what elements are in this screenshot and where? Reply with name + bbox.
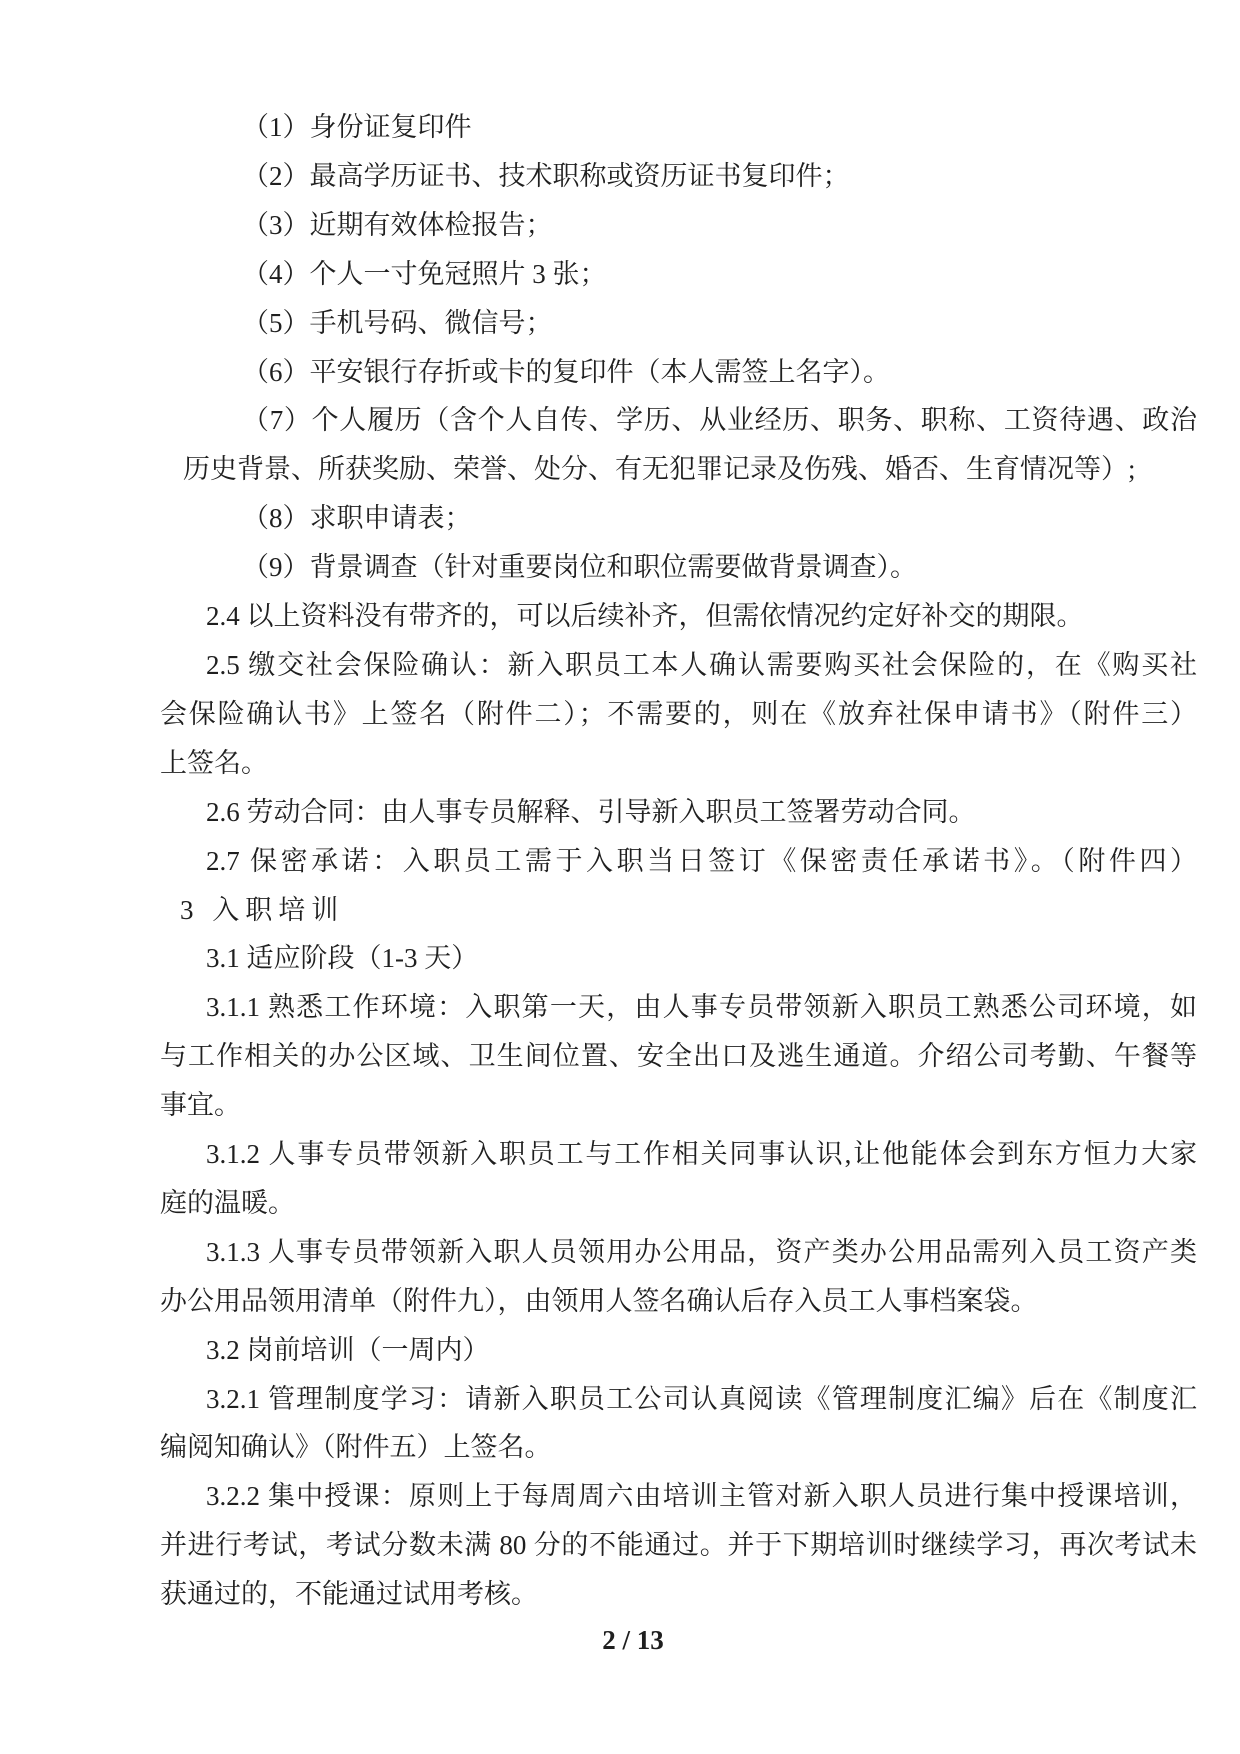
doc-line: （6）平安银行存折或卡的复印件（本人需签上名字）。 [160,348,1197,397]
doc-line: （4）个人一寸免冠照片 3 张； [160,250,1197,299]
doc-line: 获通过的，不能通过试用考核。 [160,1570,1197,1619]
doc-line: 庭的温暖。 [160,1179,1197,1228]
document-body: （1）身份证复印件 （2）最高学历证书、技术职称或资历证书复印件； （3）近期有… [160,103,1197,1619]
doc-line: 历史背景、所获奖励、荣誉、处分、有无犯罪记录及伤残、婚否、生育情况等）; [160,445,1197,494]
doc-line: 2.7 保密承诺：入职员工需于入职当日签订《保密责任承诺书》。（附件四） [160,837,1197,886]
doc-line: （9）背景调查（针对重要岗位和职位需要做背景调查）。 [160,543,1197,592]
doc-line: 会保险确认书》上签名（附件二）；不需要的，则在《放弃社保申请书》（附件三） [160,690,1197,739]
doc-line: 并进行考试，考试分数未满 80 分的不能通过。并于下期培训时继续学习，再次考试未 [160,1521,1197,1570]
doc-line: （3）近期有效体检报告； [160,201,1197,250]
doc-line: 事宜。 [160,1081,1197,1130]
doc-line: （1）身份证复印件 [160,103,1197,152]
doc-line: 3.2.2 集中授课：原则上于每周周六由培训主管对新入职人员进行集中授课培训， [160,1472,1197,1521]
doc-line: 与工作相关的办公区域、卫生间位置、安全出口及逃生通道。介绍公司考勤、午餐等 [160,1032,1197,1081]
document-page: （1）身份证复印件 （2）最高学历证书、技术职称或资历证书复印件； （3）近期有… [0,0,1240,1754]
doc-line: 3.2 岗前培训（一周内） [160,1326,1197,1375]
doc-line: 编阅知确认》（附件五）上签名。 [160,1423,1197,1472]
doc-line: 3.1.3 人事专员带领新入职人员领用办公用品，资产类办公用品需列入员工资产类 [160,1228,1197,1277]
doc-section-heading: 3 入职培训 [160,886,1197,935]
doc-line: （2）最高学历证书、技术职称或资历证书复印件； [160,152,1197,201]
doc-line: 2.5 缴交社会保险确认：新入职员工本人确认需要购买社会保险的，在《购买社 [160,641,1197,690]
doc-line: 3.1 适应阶段（1-3 天） [160,934,1197,983]
doc-line: 办公用品领用清单（附件九），由领用人签名确认后存入员工人事档案袋。 [160,1277,1197,1326]
doc-line: 3.2.1 管理制度学习：请新入职员工公司认真阅读《管理制度汇编》后在《制度汇 [160,1375,1197,1424]
doc-line: 上签名。 [160,739,1197,788]
doc-line: 3.1.1 熟悉工作环境：入职第一天，由人事专员带领新入职员工熟悉公司环境，如 [160,983,1197,1032]
page-number-footer: 2 / 13 [0,1616,1240,1665]
doc-line: 2.4 以上资料没有带齐的，可以后续补齐，但需依情况约定好补交的期限。 [160,592,1197,641]
doc-line: （5）手机号码、微信号； [160,299,1197,348]
doc-line: （8）求职申请表； [160,494,1197,543]
doc-line: 2.6 劳动合同：由人事专员解释、引导新入职员工签署劳动合同。 [160,788,1197,837]
doc-line: （7）个人履历（含个人自传、学历、从业经历、职务、职称、工资待遇、政治 [160,396,1197,445]
doc-line: 3.1.2 人事专员带领新入职员工与工作相关同事认识,让他能体会到东方恒力大家 [160,1130,1197,1179]
